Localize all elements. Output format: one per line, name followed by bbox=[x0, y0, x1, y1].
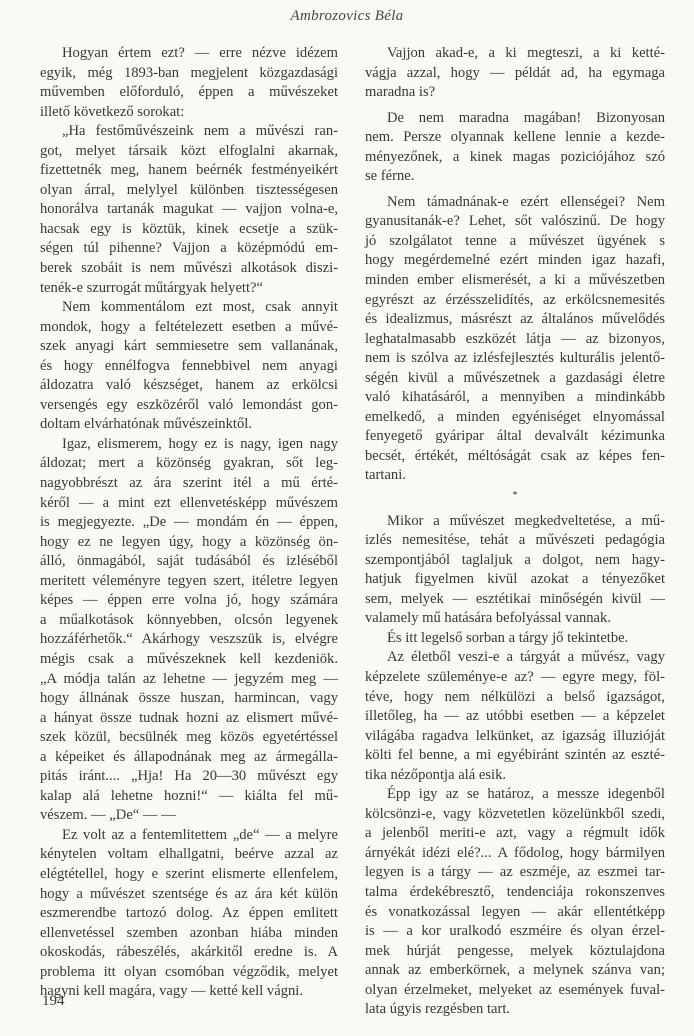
page-number: 194 bbox=[42, 993, 65, 1010]
text-line: leghatalmasabb eszközét látja — az bizon… bbox=[365, 330, 665, 350]
text-line: Nem kommentálom ezt most, csak annyit bbox=[40, 298, 338, 318]
text-line: tika nézőpontja alá esik. bbox=[365, 766, 665, 786]
text-line: egyrészt az érzésszelidítés, az erkölcsn… bbox=[365, 291, 665, 311]
text-line: fenyegető gyáripar által devalvált kézim… bbox=[365, 427, 665, 447]
text-line: jó szolgálatot tenne a művészet ügyének … bbox=[365, 232, 665, 252]
text-line: hogy ez ne legyen úgy, hogy a közönség ö… bbox=[40, 533, 338, 553]
text-line: gyanusitanák-e? Lehet, sőt valószinű. De… bbox=[365, 212, 665, 232]
text-line: való kihatásáról, a mennyiben a mindinká… bbox=[365, 388, 665, 408]
text-line: fizettetnék meg, hanem beérnék festménye… bbox=[40, 161, 338, 181]
text-line: szempontjából taglaljuk a dolgot, nem ha… bbox=[365, 551, 665, 571]
text-line: annak az emberkörnek, a melynek szánva v… bbox=[365, 961, 665, 981]
text-line: vágja azzal, hogy — példát ad, ha egymag… bbox=[365, 64, 665, 84]
text-line: Vajjon akad-e, a ki megteszi, a ki ketté… bbox=[365, 44, 665, 64]
text-line: Hogyan értem ezt? — erre nézve idézem bbox=[40, 44, 338, 64]
text-line: meritett véleményre tegyen szert, itélet… bbox=[40, 572, 338, 592]
text-line: Az életből veszi-e a tárgyát a művész, v… bbox=[365, 648, 665, 668]
text-line: is megjegyezte. „De — mondám én — éppen, bbox=[40, 513, 338, 533]
text-line: mégis csak a művészeknek kell kezdeniök. bbox=[40, 650, 338, 670]
left-column: Hogyan értem ezt? — erre nézve idézemegy… bbox=[40, 44, 338, 1002]
text-line: és vonatkozással legyen — akár ellentétk… bbox=[365, 903, 665, 923]
text-line: „Ha festőművészeink nem a művészi ran- bbox=[40, 122, 338, 142]
text-line: elégtétellel, hogy e szerint elismerte e… bbox=[40, 865, 338, 885]
text-line: képes — éppen erre volna jó, hogy számár… bbox=[40, 591, 338, 611]
text-line: doltam elvárhatónak művészeinktől. bbox=[40, 415, 338, 435]
text-line: és hogy ennélfogva fennebbivel nem anyag… bbox=[40, 357, 338, 377]
paragraph-block-4: Mikor a művészet megkedveltetése, a mű-i… bbox=[365, 512, 665, 1020]
text-line: nem. Persze olyannak kellene lennie a ke… bbox=[365, 128, 665, 148]
text-line: költi fel benne, a mi egyébiránt szintén… bbox=[365, 746, 665, 766]
text-line: talma érdekébresztő, tendenciája rokonsz… bbox=[365, 883, 665, 903]
text-line: nem is szólva az izlésfejlesztés kulturá… bbox=[365, 349, 665, 369]
text-line: Épp igy az se határoz, a messze idegenbő… bbox=[365, 785, 665, 805]
text-line: kalap alá lehetne hozni!“ — kiálta fel m… bbox=[40, 787, 338, 807]
text-line: emelkedő, a minden egyéniséget elnyomáss… bbox=[365, 408, 665, 428]
text-line: got, melyet társaik közt elfoglalni akar… bbox=[40, 142, 338, 162]
text-line: hogy megérdemelné ezért minden igaz haza… bbox=[365, 251, 665, 271]
text-line: Mikor a művészet megkedveltetése, a mű- bbox=[365, 512, 665, 532]
text-line: Nem támadnának-e ezért ellenségei? Nem bbox=[365, 193, 665, 213]
text-line: művemben előforduló, éppen a művészeket bbox=[40, 83, 338, 103]
text-line: a jelenből meriti-e azt, vagy a régmult … bbox=[365, 824, 665, 844]
text-line: okoskodás, rábeszélés, akárkitől eredne … bbox=[40, 943, 338, 963]
paragraph-block-1: Vajjon akad-e, a ki megteszi, a ki ketté… bbox=[365, 44, 665, 103]
text-line: álló, önmagából, saját tudásából és izlé… bbox=[40, 552, 338, 572]
text-line: ellenvetéssel szemben azonban hiába mind… bbox=[40, 924, 338, 944]
text-line: hatjuk figyelmen kivül azokat a tényezők… bbox=[365, 570, 665, 590]
text-line: De nem maradna magában! Bizonyosan bbox=[365, 109, 665, 129]
text-line: olyan érzelmeket, melyeket az események … bbox=[365, 981, 665, 1001]
text-line: ségén kivül a művészetnek a gazdasági él… bbox=[365, 369, 665, 389]
text-line: áldozatra való készséget, hanem az erköl… bbox=[40, 376, 338, 396]
text-line: tenék-e szurrogát műtárgyak helyett?“ bbox=[40, 279, 338, 299]
text-line: kölcsönzi-e, vagy közvetetlen közelünkbő… bbox=[365, 805, 665, 825]
text-line: áldozat; mert a közönség gyakran, sőt le… bbox=[40, 454, 338, 474]
text-line: eszmerendbe tartozó dolog. Az éppen emli… bbox=[40, 904, 338, 924]
text-line: téve, hogy nem nélkülözi a belső igazság… bbox=[365, 688, 665, 708]
text-line: se férne. bbox=[365, 167, 665, 187]
right-column: Vajjon akad-e, a ki megteszi, a ki ketté… bbox=[365, 44, 665, 1020]
text-line: hogy állnának össze huszan, harmincan, v… bbox=[40, 689, 338, 709]
text-line: hacsak egy is köztük, kinek ecsetje a sz… bbox=[40, 220, 338, 240]
text-line: illető következő sorokat: bbox=[40, 103, 338, 123]
text-line: honorálva tartanák magukat — vajjon voln… bbox=[40, 200, 338, 220]
paragraph-block-3: Nem támadnának-e ezért ellenségei? Nemgy… bbox=[365, 193, 665, 486]
text-line: Ez volt az a fentemlitettem „de“ — a mel… bbox=[40, 826, 338, 846]
text-line: a képeiket és állapodnának meg az ármegá… bbox=[40, 748, 338, 768]
text-line: hozzáférhetők.“ Akárhogy veszszük is, el… bbox=[40, 630, 338, 650]
text-line: olyan árral, melylyel különben tisztessé… bbox=[40, 181, 338, 201]
text-line: hagyni kell magára, vagy — ketté kell vá… bbox=[40, 982, 338, 1002]
text-line: hogy a művészet szentsége és az ára két … bbox=[40, 885, 338, 905]
text-line: lata úgyis rezgésben tart. bbox=[365, 1000, 665, 1020]
text-line: árnyékát idézi elé?... A fődolog, hogy b… bbox=[365, 844, 665, 864]
text-line: maradna is? bbox=[365, 83, 665, 103]
text-line: problema itt olyan csomóban végződik, me… bbox=[40, 963, 338, 983]
book-page: Ambrozovics Béla Hogyan értem ezt? — err… bbox=[0, 0, 694, 1036]
text-line: szek anyagi kárt semmiesetre sem vallaná… bbox=[40, 337, 338, 357]
text-line: kéről — a mint ezt ellenvetésképp művész… bbox=[40, 494, 338, 514]
text-line: a hányat össze tudnak hozni az elismert … bbox=[40, 709, 338, 729]
text-line: becsét, értékét, méltóságát csak az képe… bbox=[365, 447, 665, 467]
text-line: „A módja talán az lehetne — jegyzém meg … bbox=[40, 670, 338, 690]
paragraph-block-2: De nem maradna magában! Bizonyosannem. P… bbox=[365, 109, 665, 187]
text-line: mondok, hogy a feltételezett esetben a m… bbox=[40, 318, 338, 338]
text-line: minden ember elismerését, a ki a művésze… bbox=[365, 271, 665, 291]
section-separator-asterisk: * bbox=[365, 486, 665, 506]
text-line: versengés egy eszközéről való lemondást … bbox=[40, 396, 338, 416]
running-head: Ambrozovics Béla bbox=[0, 8, 694, 25]
text-line: képzelete szüleménye-e az? — egyre megy,… bbox=[365, 668, 665, 688]
text-line: ségen túl pihenne? Vajjon a középmódú em… bbox=[40, 239, 338, 259]
text-line: mek húrját pengesse, melyek köztulajdona bbox=[365, 942, 665, 962]
text-line: világába ragadva lelkünket, az igazság i… bbox=[365, 727, 665, 747]
text-line: legyen is a tárgy — az eszméje, az eszme… bbox=[365, 863, 665, 883]
text-line: is — a kor uralkodó eszméire és olyan ér… bbox=[365, 922, 665, 942]
text-line: És itt legelső sorban a tárgy jő tekinte… bbox=[365, 629, 665, 649]
text-line: kénytelen voltam elhallgatni, beérve azz… bbox=[40, 845, 338, 865]
text-line: berek szobáit is nem művészi alkotások d… bbox=[40, 259, 338, 279]
text-line: tartani. bbox=[365, 466, 665, 486]
text-line: nagyobbrészt az ára szerint itél a mű ér… bbox=[40, 474, 338, 494]
text-line: egyik, még 1893-ban megjelent közgazdasá… bbox=[40, 64, 338, 84]
text-line: illetőleg, ha — az utóbbi esetben — a ké… bbox=[365, 707, 665, 727]
text-line: sem, melyek — esztétikai minőségén kivül… bbox=[365, 590, 665, 610]
text-line: ményezőnek, a kinek magas poziciójához s… bbox=[365, 148, 665, 168]
text-line: szek közül, becsülnék meg közös egyetért… bbox=[40, 728, 338, 748]
text-line: pitás iránt.... „Hja! Ha 20—30 művészt e… bbox=[40, 767, 338, 787]
text-line: vészem. — „De“ — — bbox=[40, 806, 338, 826]
text-line: izlés nemesitése, tehát a művészeti peda… bbox=[365, 531, 665, 551]
text-line: Igaz, elismerem, hogy ez is nagy, igen n… bbox=[40, 435, 338, 455]
text-line: a műalkotások könnyebben, olcsón legyene… bbox=[40, 611, 338, 631]
text-line: és idealizmus, másrészt az általános műv… bbox=[365, 310, 665, 330]
text-line: valamely mű hatására befolyással vannak. bbox=[365, 609, 665, 629]
